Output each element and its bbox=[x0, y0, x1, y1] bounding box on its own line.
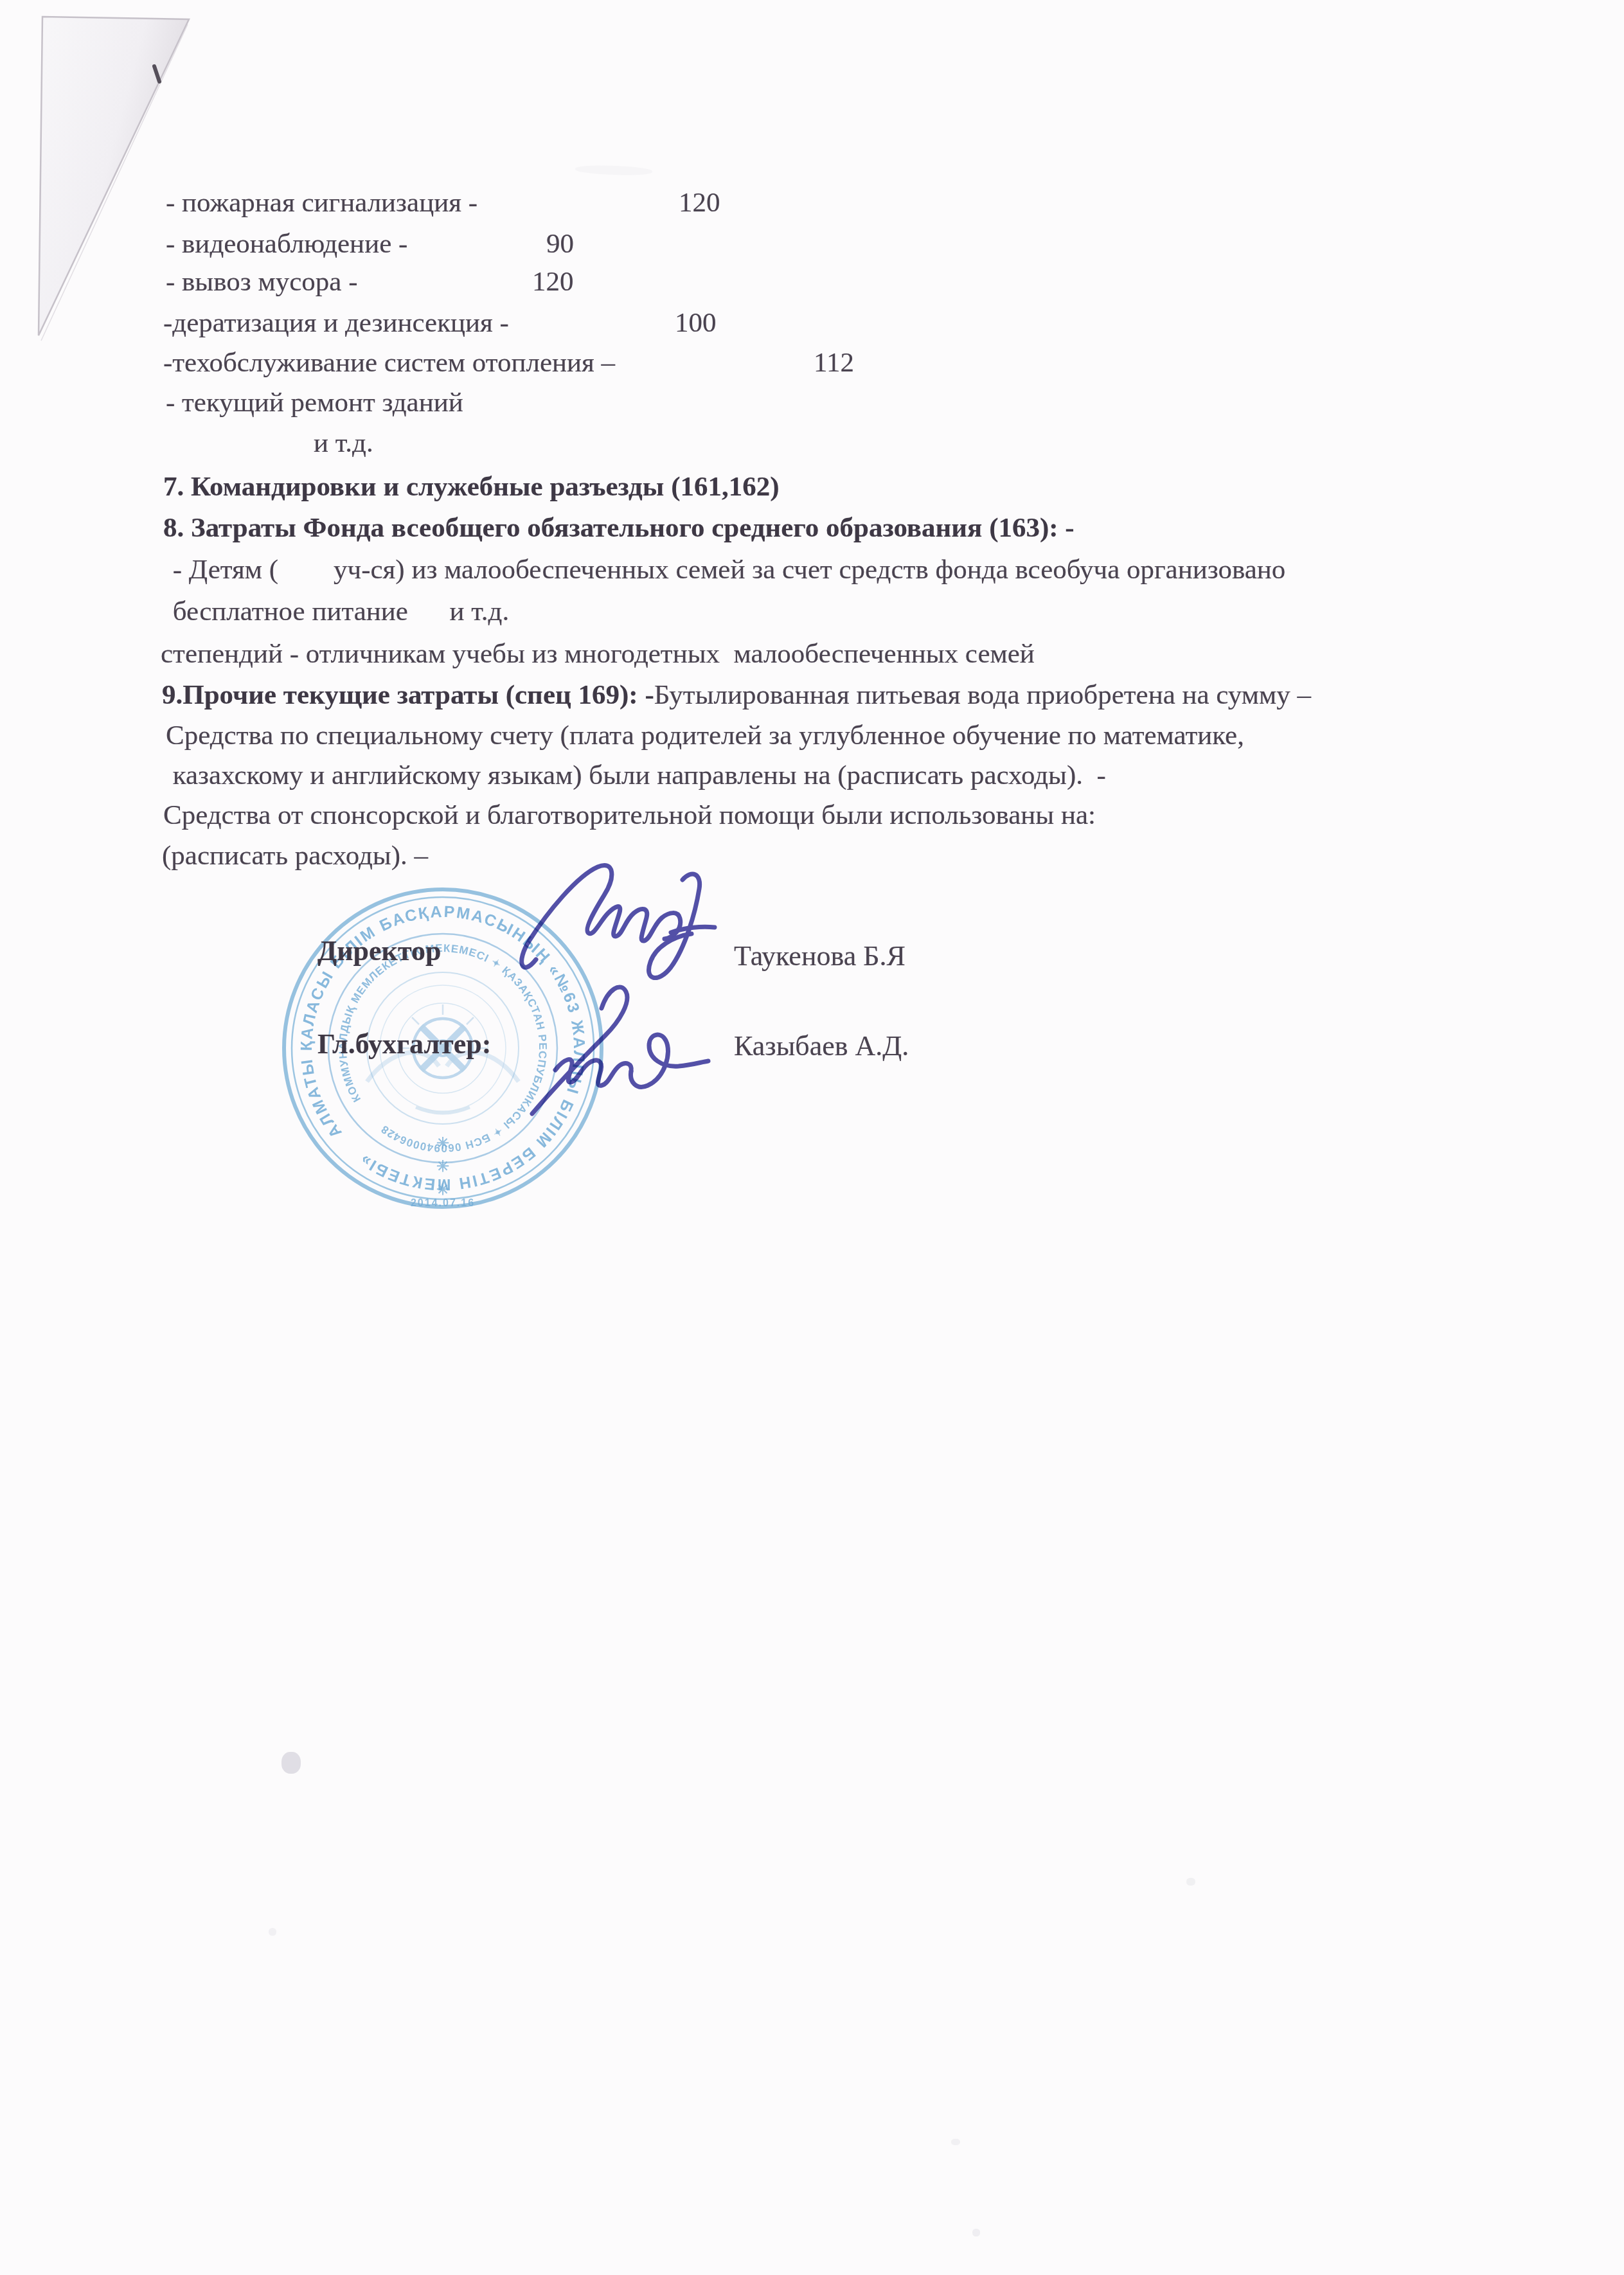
paragraph-bold-segment: 7. Командировки и служебные разъезды (16… bbox=[163, 472, 780, 502]
expense-line-amount: 100 bbox=[675, 306, 717, 341]
scan-speck bbox=[281, 1752, 301, 1774]
paragraph-bold-segment: 8. Затраты Фонда всеобщего обязательного… bbox=[163, 513, 1075, 543]
expense-line-amount: 120 bbox=[679, 186, 720, 220]
paragraph-segment: бесплатное питание и т.д. bbox=[166, 596, 509, 627]
paragraph-line: 7. Командировки и служебные разъезды (16… bbox=[163, 470, 780, 504]
stamp-star: ✳ bbox=[436, 1181, 449, 1199]
expense-line-label: - пожарная сигнализация - bbox=[166, 186, 477, 220]
paragraph-line: (расписать расходы). – bbox=[162, 839, 428, 873]
paragraph-segment: Средства по специальному счету (плата ро… bbox=[166, 720, 1244, 751]
paragraph-line: бесплатное питание и т.д. bbox=[166, 594, 509, 629]
paragraph-line: степендий - отличникам учебы из многодет… bbox=[161, 637, 1035, 672]
expense-line-label: -дератизация и дезинсекция - bbox=[163, 306, 509, 341]
paragraph-line: казахскому и английскому языкам) были на… bbox=[166, 758, 1106, 793]
paragraph-line: 9.Прочие текущие затраты (спец 169): -Бу… bbox=[162, 678, 1311, 713]
expense-line-label: -техобслуживание систем отопления – bbox=[163, 346, 615, 380]
paragraph-segment: - Детям ( уч-ся) из малообеспеченных сем… bbox=[166, 555, 1285, 585]
accountant-signature bbox=[506, 967, 718, 1128]
director-name: Таукенова Б.Я bbox=[734, 939, 906, 974]
expense-line-label: - текущий ремонт зданий bbox=[166, 386, 463, 420]
stamp-date: 2014.07.16 bbox=[411, 1198, 475, 1209]
scanned-document-page: - пожарная сигнализация -120- видеонаблю… bbox=[0, 0, 1624, 2275]
expense-line-label: и т.д. bbox=[314, 426, 373, 461]
stamp-star: ✳ bbox=[436, 1158, 449, 1175]
expense-line-amount: 90 bbox=[546, 227, 574, 262]
accountant-name: Казыбаев А.Д. bbox=[734, 1029, 909, 1064]
paragraph-segment: (расписать расходы). – bbox=[162, 841, 428, 871]
accountant-label: Гл.бухгалтер: bbox=[317, 1027, 491, 1062]
paragraph-line: - Детям ( уч-ся) из малообеспеченных сем… bbox=[166, 553, 1285, 587]
paragraph-segment: казахскому и английскому языкам) были на… bbox=[166, 760, 1106, 790]
stamp-star: ✳ bbox=[436, 1135, 449, 1152]
expense-line-label: - вывоз мусора - bbox=[166, 265, 357, 299]
paragraph-line: Средства от спонсорской и благотворитель… bbox=[163, 798, 1096, 833]
paragraph-line: 8. Затраты Фонда всеобщего обязательного… bbox=[163, 511, 1075, 546]
scan-speck bbox=[951, 2139, 960, 2145]
paragraph-line: Средства по специальному счету (плата ро… bbox=[166, 718, 1244, 753]
scan-speck bbox=[575, 165, 652, 176]
scan-speck bbox=[972, 2229, 980, 2236]
director-label: Директор bbox=[317, 934, 441, 968]
scan-speck bbox=[1186, 1878, 1195, 1886]
expense-line-amount: 120 bbox=[532, 265, 574, 299]
expense-line-amount: 112 bbox=[814, 346, 854, 380]
expense-line-label: - видеонаблюдение - bbox=[166, 227, 407, 262]
scan-speck bbox=[269, 1928, 276, 1936]
paragraph-segment: степендий - отличникам учебы из многодет… bbox=[161, 639, 1035, 669]
paragraph-segment: Средства от спонсорской и благотворитель… bbox=[163, 800, 1096, 830]
paragraph-segment: Бутылированная питьевая вода приобретена… bbox=[654, 680, 1311, 710]
paragraph-bold-segment: 9.Прочие текущие затраты (спец 169): - bbox=[162, 680, 654, 710]
